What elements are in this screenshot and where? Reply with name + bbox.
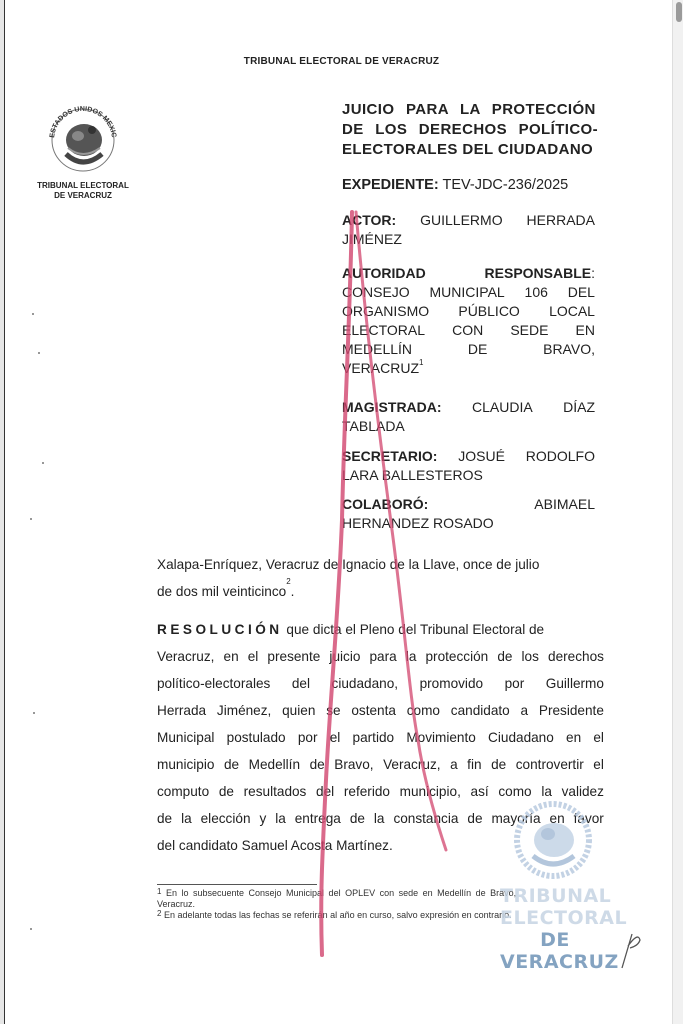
resolution-word: de xyxy=(497,643,512,670)
running-header: TRIBUNAL ELECTORAL DE VERACRUZ xyxy=(0,56,683,67)
viewer-left-edge xyxy=(0,0,5,1024)
resolution-word: computo xyxy=(157,778,209,805)
resolution-word: la xyxy=(406,643,417,670)
resolution-word: de xyxy=(350,805,365,832)
mexican-coat-of-arms-icon: ESTADOS UNIDOS MEXICANOS xyxy=(44,98,122,178)
autoridad-word: ELECTORAL xyxy=(342,321,425,340)
resolution-word: del xyxy=(316,778,334,805)
secretario-field: SECRETARIO: JOSUÉ RODOLFO LARA BALLESTER… xyxy=(342,447,595,485)
punctuation: . xyxy=(291,584,295,599)
mexican-coat-of-arms-icon xyxy=(508,800,598,880)
resolution-word: para xyxy=(370,643,397,670)
tribunal-stamp: TRIBUNAL ELECTORAL DE VERACRUZ xyxy=(500,800,610,973)
scrollbar-thumb[interactable] xyxy=(676,2,682,22)
footnote-text: En adelante todas las fechas se referirá… xyxy=(164,910,512,920)
resolution-word: la xyxy=(181,805,192,832)
expediente-label: EXPEDIENTE: xyxy=(342,177,439,193)
resolution-word: Medellín xyxy=(249,751,300,778)
resolution-word: entrega xyxy=(295,805,341,832)
resolution-word: Veracruz, xyxy=(157,643,214,670)
secretario-word: JOSUÉ xyxy=(458,447,505,466)
resolution-word: a xyxy=(450,751,458,778)
resolution-word: referido xyxy=(344,778,390,805)
seal-label-line: TRIBUNAL ELECTORAL xyxy=(18,181,148,191)
autoridad-word: ORGANISMO xyxy=(342,302,429,321)
autoridad-word: DEL xyxy=(568,283,595,302)
resolution-word: Jiménez, xyxy=(217,697,271,724)
footnote-separator xyxy=(157,884,317,885)
resolution-word: derechos xyxy=(548,643,604,670)
resolution-word: de xyxy=(467,805,482,832)
stamp-line: TRIBUNAL xyxy=(500,885,610,907)
expediente: EXPEDIENTE: TEV-JDC-236/2025 xyxy=(342,176,595,195)
resolution-line: del candidato Samuel Acosta Martínez. xyxy=(157,832,393,859)
footnote-number: 2 xyxy=(157,909,161,918)
colaboro-value-rest: HERNANDEZ ROSADO xyxy=(342,514,595,533)
resolution-word: municipio xyxy=(157,751,214,778)
place-date: Xalapa-Enríquez, Veracruz de Ignacio de … xyxy=(157,551,604,605)
resolution-word: protección xyxy=(426,643,489,670)
resolution-word: Municipal xyxy=(157,724,214,751)
footnote-ref[interactable]: 1 xyxy=(419,358,423,367)
resolution-word: en xyxy=(566,724,581,751)
resolution-word: resultados xyxy=(244,778,307,805)
actor-word: HERRADA xyxy=(527,211,595,230)
magistrada-word: CLAUDIA xyxy=(472,398,533,417)
vertical-scrollbar[interactable] xyxy=(672,0,683,1024)
autoridad-word: DE xyxy=(468,340,487,359)
resolution-word: la xyxy=(275,805,286,832)
resolution-word: constancia xyxy=(393,805,458,832)
resolution-word: Ciudadano xyxy=(488,724,554,751)
resolution-word: elección xyxy=(201,805,251,832)
resolution-line: político-electoralesdelciudadano,promovi… xyxy=(157,670,604,697)
resolution-word: como xyxy=(407,697,440,724)
resolution-word: Veracruz, xyxy=(383,751,440,778)
resolution-line: Veracruz,enelpresentejuicioparalaprotecc… xyxy=(157,643,604,670)
resolution-word: de xyxy=(310,751,325,778)
place-date-line: de dos mil veinticinco xyxy=(157,584,286,599)
resolution-word: Bravo, xyxy=(334,751,373,778)
resolution-word: el xyxy=(593,751,604,778)
autoridad-word: CON xyxy=(452,321,483,340)
resolution-line: MunicipalpostuladoporelpartidoMovimiento… xyxy=(157,724,604,751)
actor-word: GUILLERMO xyxy=(420,211,502,230)
resolution-word: del xyxy=(292,670,310,697)
autoridad-word: SEDE xyxy=(510,321,548,340)
resolution-word: el xyxy=(248,643,259,670)
autoridad-label-word: RESPONSABLE xyxy=(485,265,592,281)
resolution-word: la xyxy=(374,805,385,832)
case-title-line: ELECTORALES DEL CIUDADANO xyxy=(342,140,593,160)
case-title-line: JUICIO PARA LA PROTECCIÓN xyxy=(342,100,596,120)
autoridad-word: BRAVO, xyxy=(543,340,595,359)
resolution-word: municipio, xyxy=(400,778,461,805)
magistrada-label: MAGISTRADA: xyxy=(342,398,442,417)
resolution-word: ciudadano, xyxy=(332,670,399,697)
autoridad-last: VERACRUZ xyxy=(342,360,419,376)
resolution-word: el xyxy=(330,724,341,751)
resolution-word: Guillermo xyxy=(546,670,604,697)
autoridad-word: MEDELLÍN xyxy=(342,340,412,359)
autoridad-label-word: AUTORIDAD xyxy=(342,264,426,283)
colaboro-field: COLABORÓ: ABIMAEL HERNANDEZ ROSADO xyxy=(342,495,595,533)
secretario-value-rest: LARA BALLESTEROS xyxy=(342,466,595,485)
resolution-word: en xyxy=(224,643,239,670)
resolution-word: el xyxy=(593,724,604,751)
stamp-line: ELECTORAL xyxy=(500,907,610,929)
stamp-line: DE VERACRUZ xyxy=(500,929,610,973)
autoridad-word: MUNICIPAL xyxy=(430,283,505,302)
resolution-word: promovido xyxy=(420,670,483,697)
place-date-line: Xalapa-Enríquez, Veracruz de Ignacio de … xyxy=(157,551,539,578)
resolution-word: los xyxy=(522,643,539,670)
resolution-word: partido xyxy=(353,724,395,751)
resolution-word: así xyxy=(471,778,489,805)
resolution-line: que dicta el Pleno del Tribunal Electora… xyxy=(286,622,544,637)
autoridad-word: 106 xyxy=(525,283,548,302)
resolution-word: por xyxy=(298,724,318,751)
resolution-word: Presidente xyxy=(539,697,604,724)
resolution-word: fin xyxy=(467,751,481,778)
resolution-word: juicio xyxy=(329,643,360,670)
case-title: JUICIO PARA LA PROTECCIÓN DE LOS DERECHO… xyxy=(342,100,595,160)
actor-label: ACTOR: xyxy=(342,211,396,230)
resolution-word: quien xyxy=(282,697,315,724)
resolution-word: de xyxy=(157,805,172,832)
magistrada-field: MAGISTRADA: CLAUDIA DÍAZ TABLADA xyxy=(342,398,595,436)
initials-signature-icon xyxy=(618,926,642,970)
resolution-word: de xyxy=(219,778,234,805)
expediente-number: TEV-JDC-236/2025 xyxy=(442,177,568,193)
secretario-word: RODOLFO xyxy=(526,447,595,466)
resolution-word: Herrada xyxy=(157,697,206,724)
resolution-word: Movimiento xyxy=(406,724,476,751)
resolution-word: controvertir xyxy=(516,751,584,778)
resolution-word: a xyxy=(521,697,529,724)
autoridad-word: PÚBLICO xyxy=(458,302,519,321)
resolution-word: postulado xyxy=(227,724,286,751)
resolution-word: por xyxy=(505,670,525,697)
magistrada-value-rest: TABLADA xyxy=(342,417,595,436)
actor-value-rest: JIMÉNEZ xyxy=(342,230,595,249)
resolution-word: de xyxy=(491,751,506,778)
resolution-line: municipiodeMedellíndeBravo,Veracruz,afin… xyxy=(157,751,604,778)
resolution-word: ostenta xyxy=(351,697,396,724)
resolution-lead: RESOLUCIÓN xyxy=(157,622,283,637)
resolution-word: candidato xyxy=(451,697,510,724)
autoridad-word: EN xyxy=(576,321,595,340)
magistrada-word: DÍAZ xyxy=(563,398,595,417)
resolution-line: HerradaJiménez,quienseostentacomocandida… xyxy=(157,697,604,724)
secretario-label: SECRETARIO: xyxy=(342,447,437,466)
autoridad-field: AUTORIDAD RESPONSABLE: CONSEJO MUNICIPAL… xyxy=(342,264,595,378)
footnote-text: En lo subsecuente Consejo Municipal del … xyxy=(166,888,516,898)
resolution-word: y xyxy=(259,805,266,832)
resolution-word: presente xyxy=(267,643,320,670)
case-title-line: DE LOS DERECHOS POLÍTICO- xyxy=(342,120,598,140)
resolution-word: se xyxy=(326,697,340,724)
autoridad-word: LOCAL xyxy=(549,302,595,321)
footnote-number: 1 xyxy=(157,887,161,896)
seal-label-line: DE VERACRUZ xyxy=(18,191,148,201)
resolution-word: político-electorales xyxy=(157,670,270,697)
seal-label: TRIBUNAL ELECTORAL DE VERACRUZ xyxy=(18,181,148,201)
colaboro-label: COLABORÓ: xyxy=(342,495,428,514)
actor-field: ACTOR: GUILLERMO HERRADA JIMÉNEZ xyxy=(342,211,595,249)
autoridad-word: CONSEJO xyxy=(342,283,410,302)
resolution-word: de xyxy=(224,751,239,778)
colaboro-word: ABIMAEL xyxy=(534,495,595,514)
